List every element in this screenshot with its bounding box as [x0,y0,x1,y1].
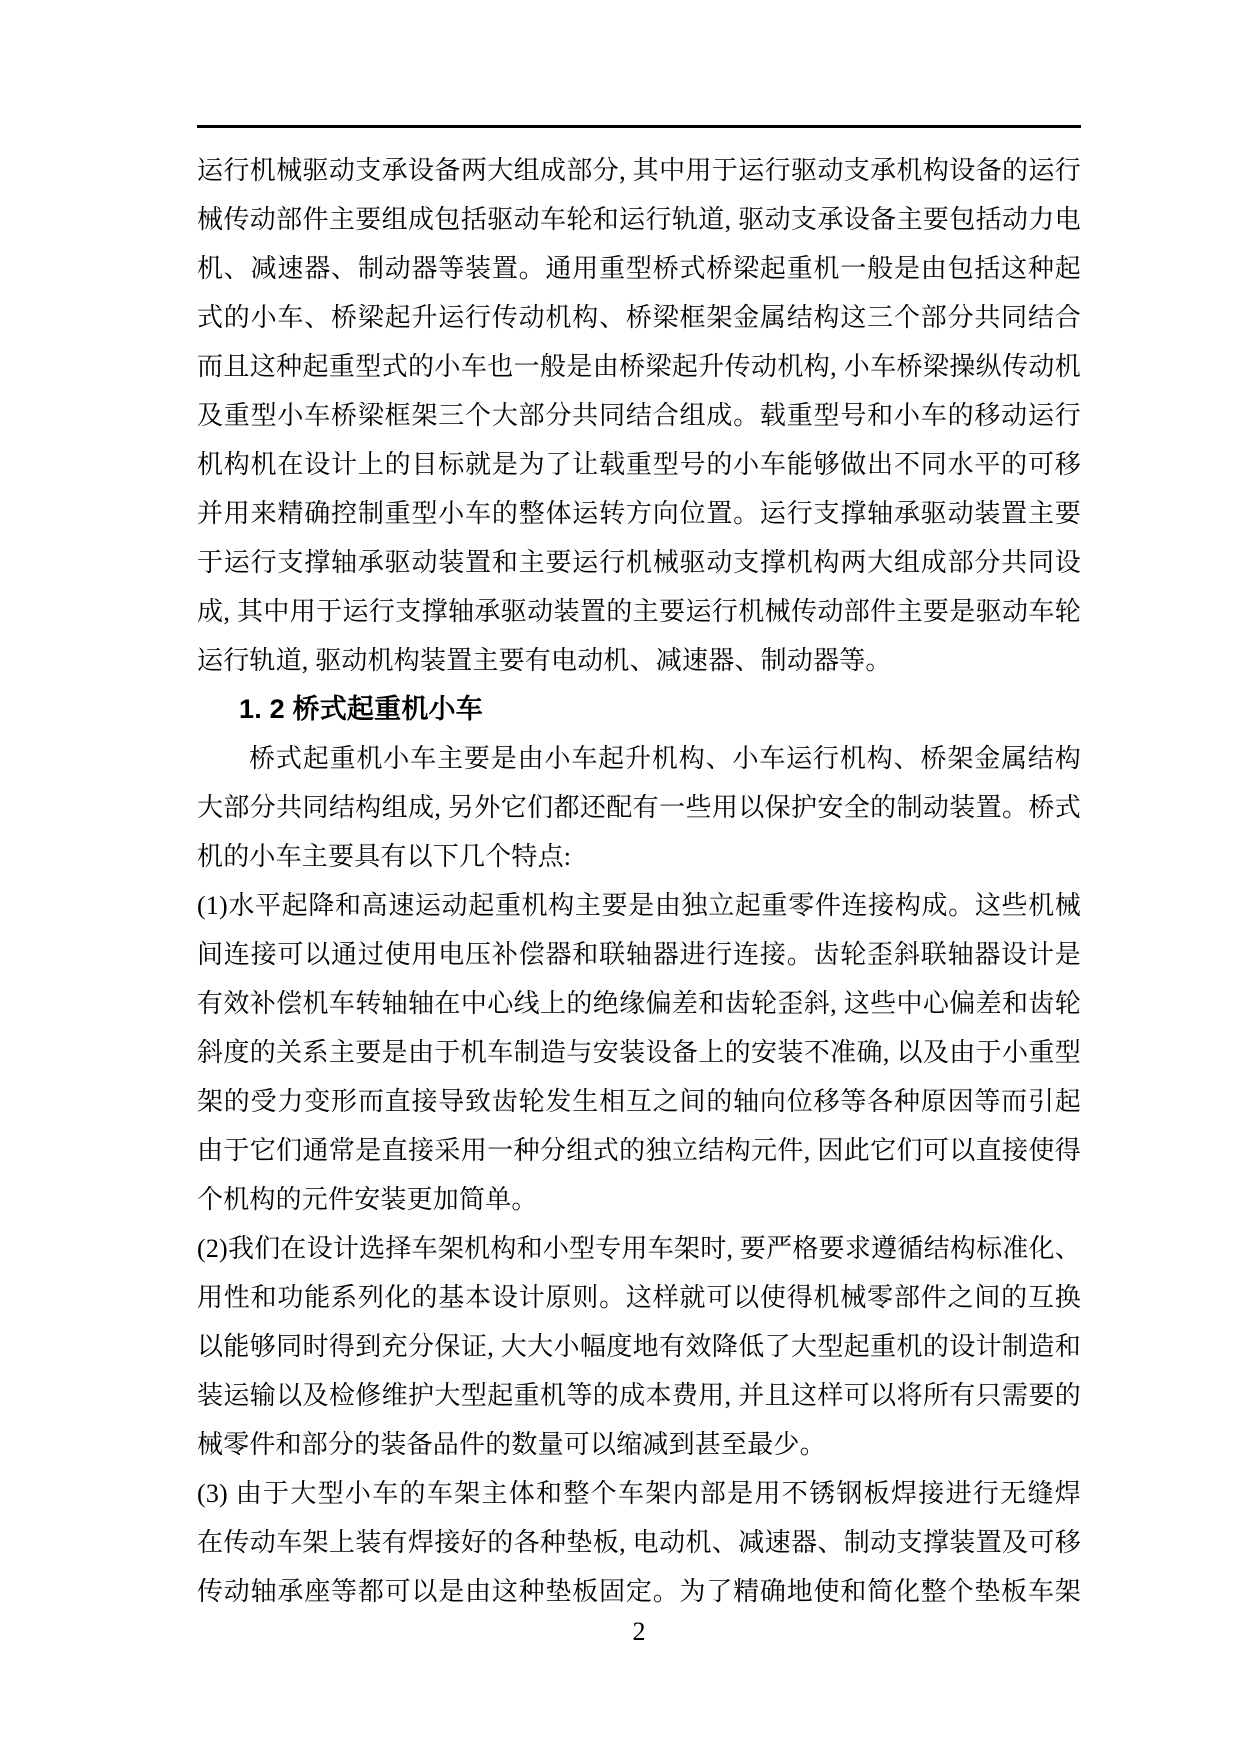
text-line: 械传动部件主要组成包括驱动车轮和运行轨道, 驱动支承设备主要包括动力电动 [197,195,1081,244]
text-line: 由于它们通常是直接采用一种分组式的独立结构元件, 因此它们可以直接使得整 [197,1126,1081,1175]
text-line: 有效补偿机车转轴轴在中心线上的绝缘偏差和齿轮歪斜, 这些中心偏差和齿轮歪 [197,979,1081,1028]
text-line: 运行机械驱动支承设备两大组成部分, 其中用于运行驱动支承机构设备的运行机 [197,146,1081,195]
text-line: 成, 其中用于运行支撑轴承驱动装置的主要运行机械传动部件主要是驱动车轮和 [197,587,1081,636]
text-line: 大部分共同结构组成, 另外它们都还配有一些用以保护安全的制动装置。桥式起重 [197,783,1081,832]
text-line: 并用来精确控制重型小车的整体运转方向位置。运行支撑轴承驱动装置主要由用 [197,489,1081,538]
text-line: 械零件和部分的装备品件的数量可以缩减到甚至最少。 [197,1420,1081,1469]
text-line: 机构机在设计上的目标就是为了让载重型号的小车能够做出不同水平的可移动的 [197,440,1081,489]
text-line: 传动轴承座等都可以是由这种垫板固定。为了精确地使和简化整个垫板车架的安 [197,1567,1081,1616]
page-body-text: 运行机械驱动支承设备两大组成部分, 其中用于运行驱动支承机构设备的运行机械传动部… [197,146,1081,1616]
text-line: (1)水平起降和高速运动起重机构主要是由独立起重零件连接构成。这些机械零件 [197,881,1081,930]
text-line: 个机构的元件安装更加简单。 [197,1175,1081,1224]
section-heading: 1. 2 桥式起重机小车 [197,685,1081,734]
text-line: 装运输以及检修维护大型起重机等的成本费用, 并且这样可以将所有只需要的机 [197,1371,1081,1420]
text-line: 及重型小车桥梁框架三个大部分共同结合组成。载重型号和小车的移动运行控制 [197,391,1081,440]
text-line: 于运行支撑轴承驱动装置和主要运行机械驱动支撑机构两大组成部分共同设计组 [197,538,1081,587]
page-number: 2 [197,1612,1081,1652]
text-line: 间连接可以通过使用电压补偿器和联轴器进行连接。齿轮歪斜联轴器设计是为了 [197,930,1081,979]
text-line: 以能够同时得到充分保证, 大大小幅度地有效降低了大型起重机的设计制造和组 [197,1322,1081,1371]
text-line: 式的小车、桥梁起升运行传动机构、桥梁框架金属结构这三个部分共同结合组成; [197,293,1081,342]
text-line: 架的受力变形而直接导致齿轮发生相互之间的轴向位移等各种原因等而引起的。 [197,1077,1081,1126]
text-line: 斜度的关系主要是由于机车制造与安装设备上的安装不准确, 以及由于小重型车 [197,1028,1081,1077]
text-line: (2)我们在设计选择车架机构和小型专用车架时, 要严格要求遵循结构标准化、通 [197,1224,1081,1273]
text-line: 机的小车主要具有以下几个特点: [197,832,1081,881]
text-line: 而且这种起重型式的小车也一般是由桥梁起升传动机构, 小车桥梁操纵传动机构 [197,342,1081,391]
text-line: 桥式起重机小车主要是由小车起升机构、小车运行机构、桥架金属结构三个 [197,734,1081,783]
text-line: (3) 由于大型小车的车架主体和整个车架内部是用不锈钢板焊接进行无缝焊接。 [197,1469,1081,1518]
text-line: 运行轨道, 驱动机构装置主要有电动机、减速器、制动器等。 [197,636,1081,685]
header-rule [197,125,1081,128]
text-line: 在传动车架上装有焊接好的各种垫板, 电动机、减速器、制动支撑装置及可移植的 [197,1518,1081,1567]
text-line: 用性和功能系列化的基本设计原则。这样就可以使得机械零部件之间的互换性可 [197,1273,1081,1322]
document-page: 运行机械驱动支承设备两大组成部分, 其中用于运行驱动支承机构设备的运行机械传动部… [0,0,1240,1754]
text-line: 机、减速器、制动器等装置。通用重型桥式桥梁起重机一般是由包括这种起重型 [197,244,1081,293]
